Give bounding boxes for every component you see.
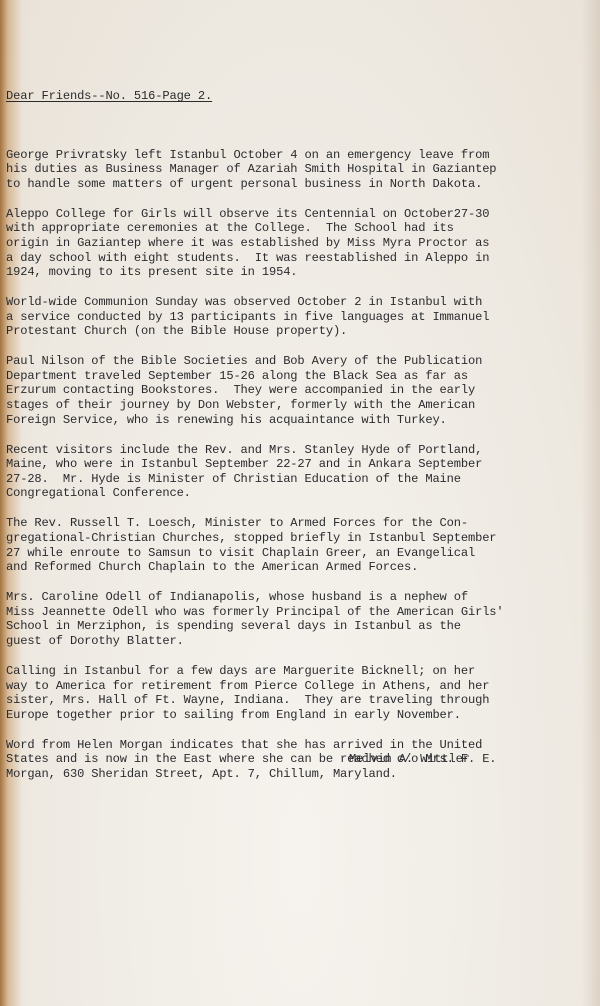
text-line: School in Merziphon, is spending several…: [6, 619, 596, 634]
text-line: Recent visitors include the Rev. and Mrs…: [6, 443, 596, 458]
text-line: Erzurum contacting Bookstores. They were…: [6, 383, 596, 398]
paragraph: Calling in Istanbul for a few days are M…: [6, 664, 596, 722]
text-line: Calling in Istanbul for a few days are M…: [6, 664, 596, 679]
paragraph: Paul Nilson of the Bible Societies and B…: [6, 354, 596, 427]
text-line: George Privratsky left Istanbul October …: [6, 148, 596, 163]
letter-page: Dear Friends--No. 516-Page 2. George Pri…: [0, 0, 600, 1006]
paragraph: Word from Helen Morgan indicates that sh…: [6, 738, 596, 782]
text-line: Morgan, 630 Sheridan Street, Apt. 7, Chi…: [6, 767, 596, 782]
text-line: Department traveled September 15-26 alon…: [6, 369, 596, 384]
text-line: States and is now in the East where she …: [6, 752, 596, 767]
text-line: World-wide Communion Sunday was observed…: [6, 295, 596, 310]
paragraph: Recent visitors include the Rev. and Mrs…: [6, 443, 596, 501]
text-line: origin in Gaziantep where it was establi…: [6, 236, 596, 251]
text-line: The Rev. Russell T. Loesch, Minister to …: [6, 516, 596, 531]
text-line: 27 while enroute to Samsun to visit Chap…: [6, 546, 596, 561]
paragraph-list: George Privratsky left Istanbul October …: [6, 148, 596, 782]
text-line: and Reformed Church Chaplain to the Amer…: [6, 560, 596, 575]
text-line: Miss Jeannette Odell who was formerly Pr…: [6, 605, 596, 620]
text-line: Paul Nilson of the Bible Societies and B…: [6, 354, 596, 369]
letter-heading: Dear Friends--No. 516-Page 2.: [6, 89, 596, 104]
paragraph: George Privratsky left Istanbul October …: [6, 148, 596, 192]
paragraph: Aleppo College for Girls will observe it…: [6, 207, 596, 280]
text-line: a service conducted by 13 participants i…: [6, 310, 596, 325]
paragraph: Mrs. Caroline Odell of Indianapolis, who…: [6, 590, 596, 648]
text-line: Aleppo College for Girls will observe it…: [6, 207, 596, 222]
text-line: 1924, moving to its present site in 1954…: [6, 265, 596, 280]
text-line: Word from Helen Morgan indicates that sh…: [6, 738, 596, 753]
text-line: with appropriate ceremonies at the Colle…: [6, 221, 596, 236]
text-line: Europe together prior to sailing from En…: [6, 708, 596, 723]
text-line: Congregational Conference.: [6, 486, 596, 501]
text-line: 27-28. Mr. Hyde is Minister of Christian…: [6, 472, 596, 487]
text-line: way to America for retirement from Pierc…: [6, 679, 596, 694]
text-line: sister, Mrs. Hall of Ft. Wayne, Indiana.…: [6, 693, 596, 708]
text-line: guest of Dorothy Blatter.: [6, 634, 596, 649]
text-line: stages of their journey by Don Webster, …: [6, 398, 596, 413]
paragraph: The Rev. Russell T. Loesch, Minister to …: [6, 516, 596, 574]
text-line: Mrs. Caroline Odell of Indianapolis, who…: [6, 590, 596, 605]
signature: Melvin A. Wittler: [349, 752, 470, 766]
text-line: his duties as Business Manager of Azaria…: [6, 162, 596, 177]
text-line: a day school with eight students. It was…: [6, 251, 596, 266]
paragraph: World-wide Communion Sunday was observed…: [6, 295, 596, 339]
text-line: gregational-Christian Churches, stopped …: [6, 531, 596, 546]
letter-body: Dear Friends--No. 516-Page 2. George Pri…: [6, 60, 596, 826]
text-line: Protestant Church (on the Bible House pr…: [6, 324, 596, 339]
text-line: Foreign Service, who is renewing his acq…: [6, 413, 596, 428]
text-line: to handle some matters of urgent persona…: [6, 177, 596, 192]
text-line: Maine, who were in Istanbul September 22…: [6, 457, 596, 472]
